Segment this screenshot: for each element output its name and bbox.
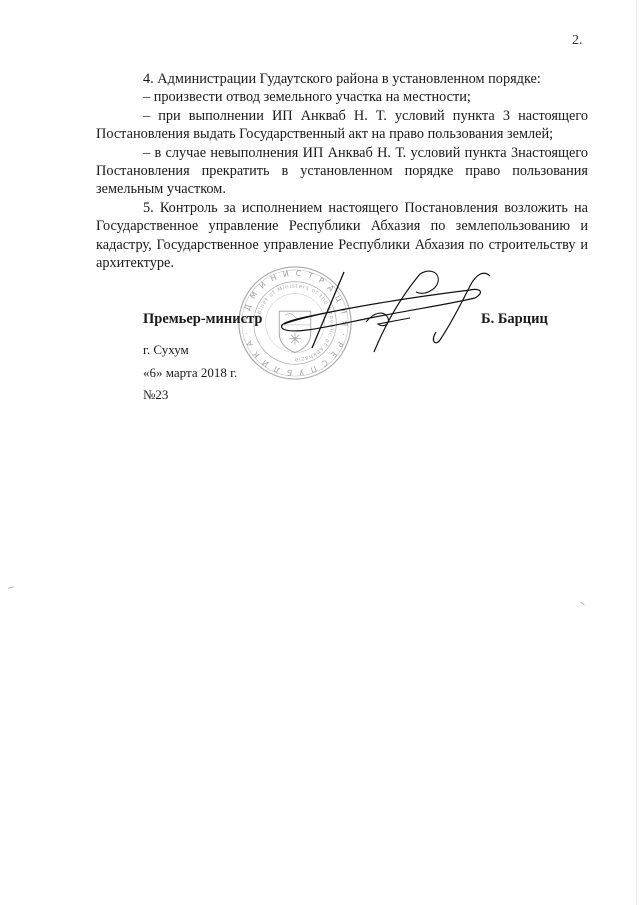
handwritten-signature-icon <box>270 262 500 362</box>
paragraph-4a: – произвести отвод земельного участка на… <box>96 88 588 106</box>
document-date: «6» марта 2018 г. <box>143 365 237 381</box>
signatory-role: Премьер-министр <box>143 311 262 328</box>
paragraph-4c: – в случае невыполнения ИП Анкваб Н. Т. … <box>96 144 588 199</box>
scan-artifact <box>580 602 584 606</box>
scan-artifact <box>8 586 14 589</box>
paragraph-4b: – при выполнении ИП Анкваб Н. Т. условий… <box>96 107 588 144</box>
document-body: 4. Администрации Гудаутского района в ус… <box>96 70 588 272</box>
document-number: №23 <box>143 387 168 403</box>
page-edge <box>636 0 637 905</box>
document-page: 2. 4. Администрации Гудаутского района в… <box>0 0 640 905</box>
page-number: 2. <box>572 33 583 49</box>
document-city: г. Сухум <box>143 342 189 358</box>
paragraph-4: 4. Администрации Гудаутского района в ус… <box>96 70 588 88</box>
